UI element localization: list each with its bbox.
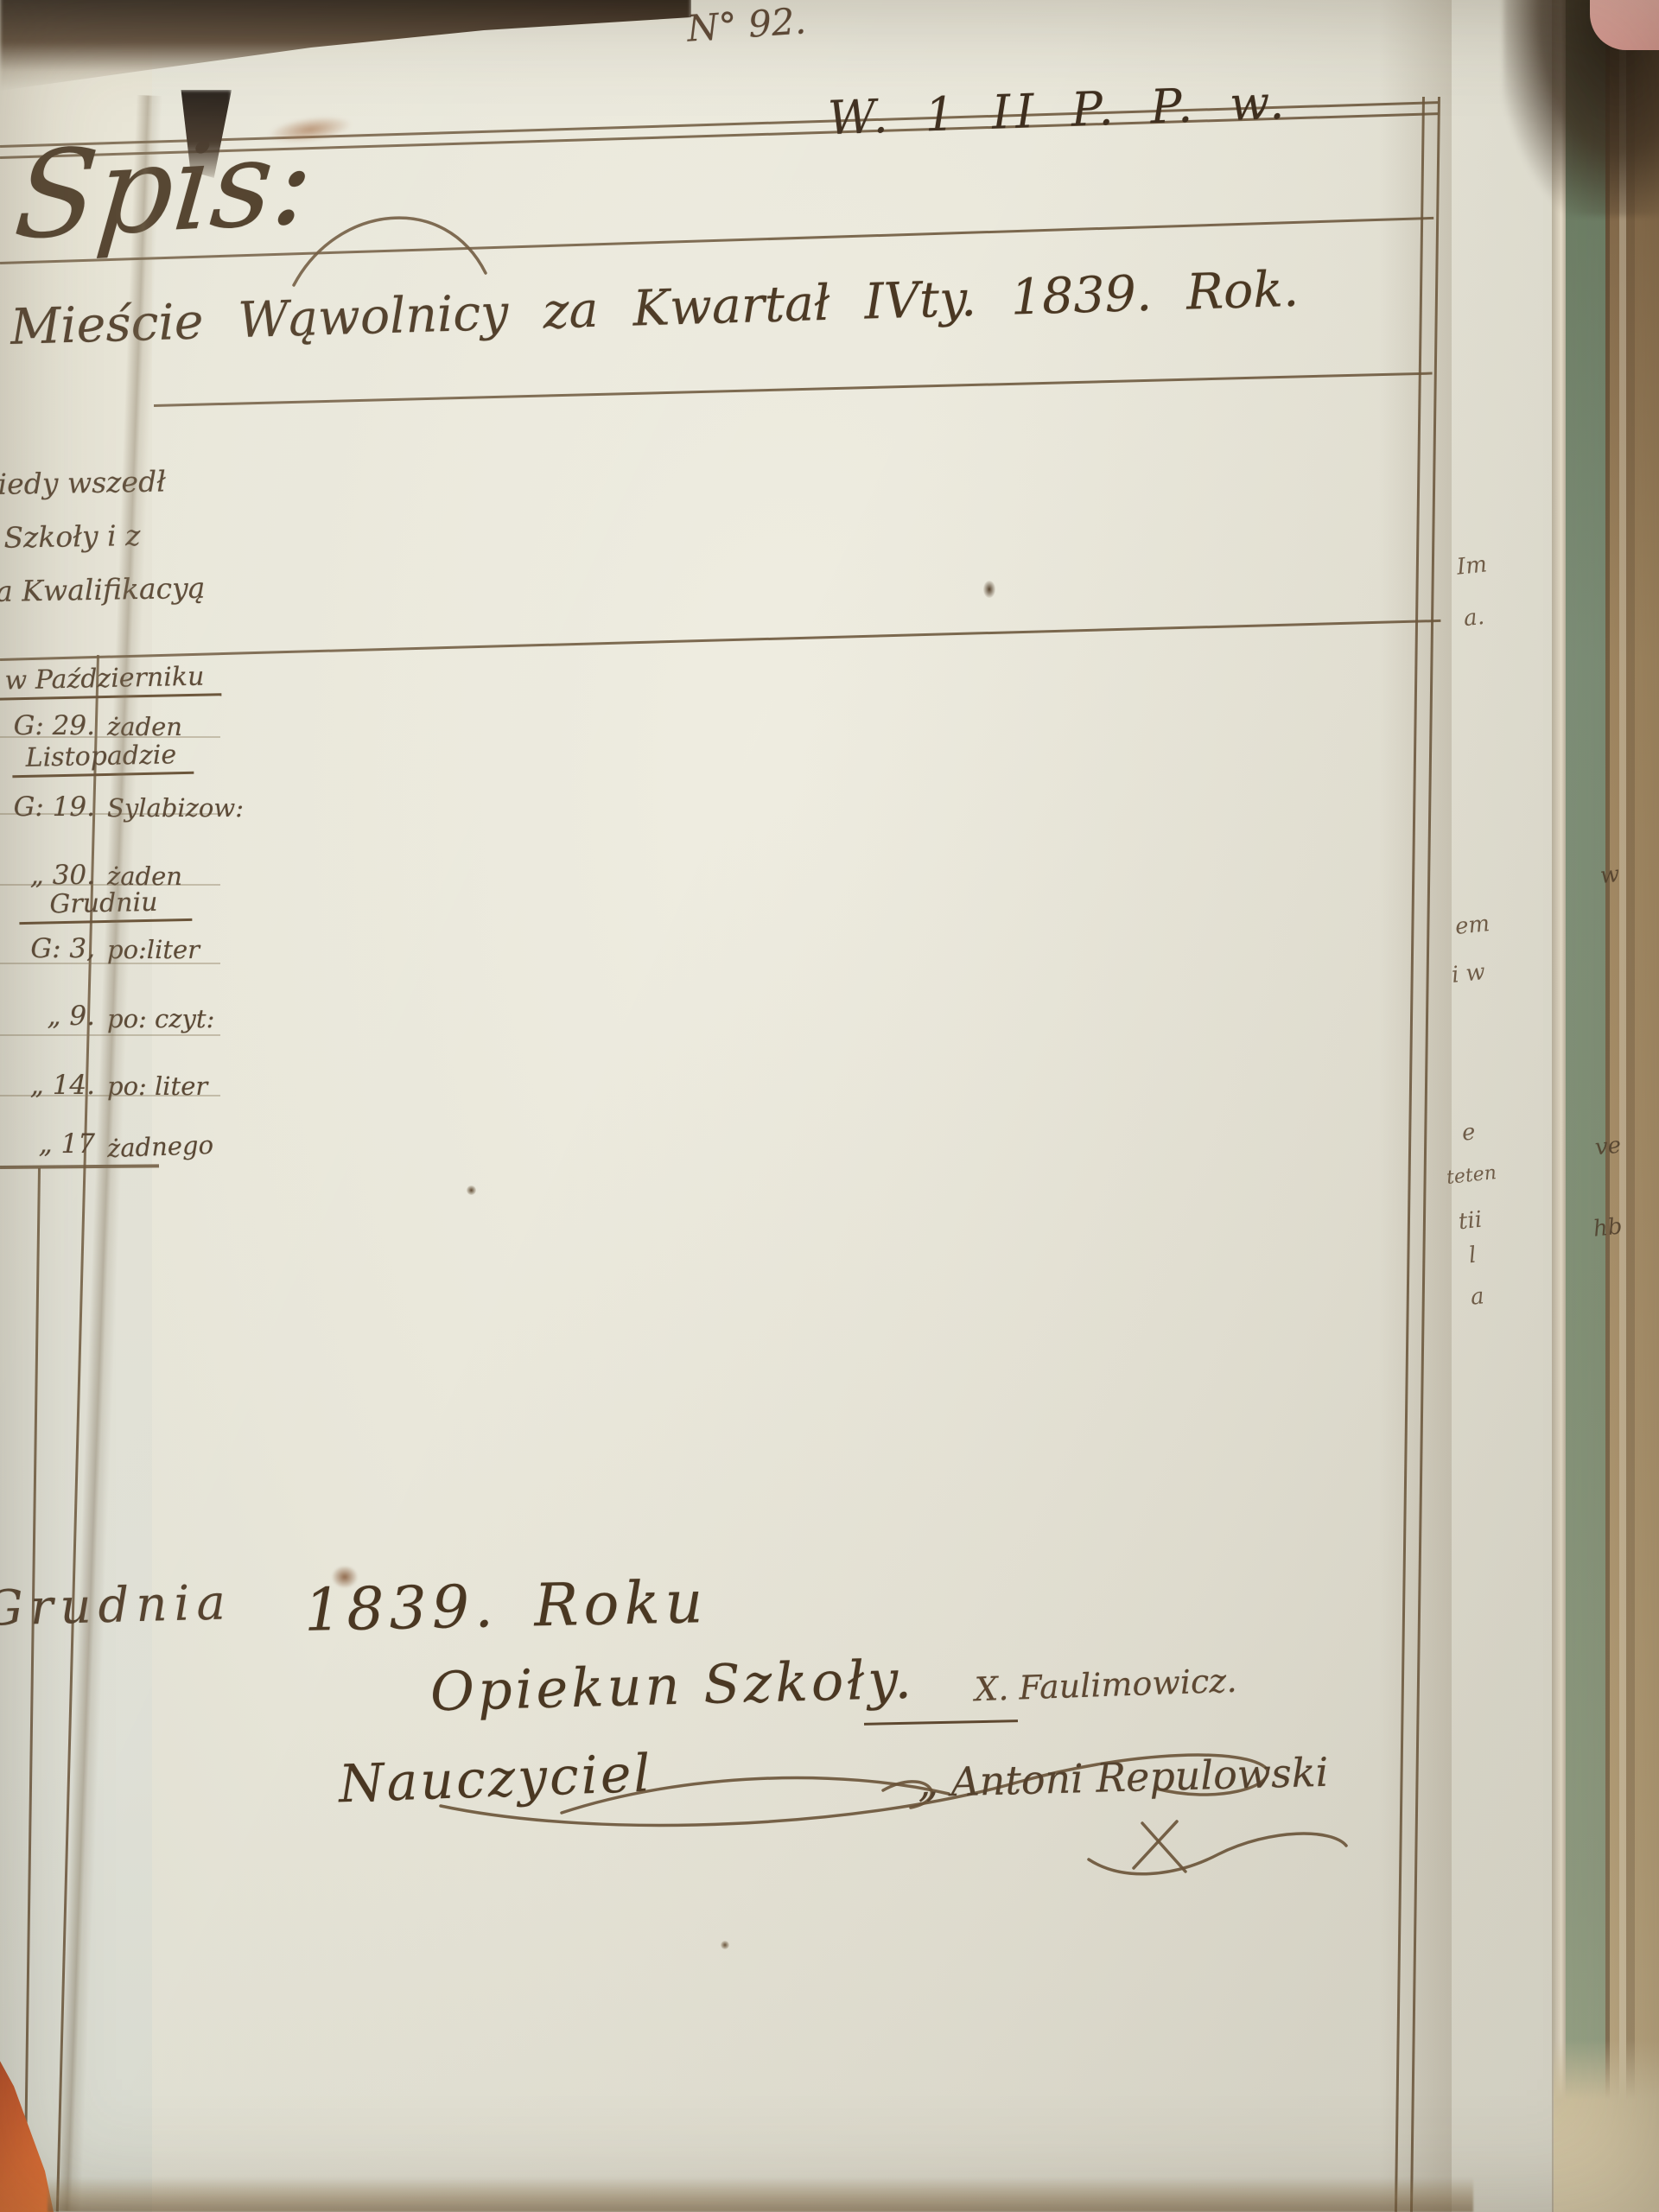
entry-date: „ 9.	[0, 1001, 95, 1032]
entry-date: „ 17	[0, 1128, 95, 1160]
edge-fragment: em	[1454, 911, 1491, 940]
right-margin-shadow	[1379, 0, 1452, 2212]
bottom-right-page-edges	[1554, 2039, 1659, 2212]
left-column-header: Kiedy wszedł o Szkoły i z ka Kwalifikacy…	[0, 454, 206, 620]
year-line: 1839. Roku	[303, 1568, 709, 1645]
entry-date: „ 30.	[0, 860, 95, 891]
entry-date: G: 3,	[0, 933, 95, 964]
header-line-2: o Szkoły i z	[0, 508, 205, 566]
month-header-october: w Październiku	[0, 661, 221, 701]
ink-blot	[332, 1566, 358, 1588]
edge-fragment: e	[1460, 1119, 1476, 1146]
bottom-book-edge	[48, 2177, 1473, 2212]
ink-speck	[983, 581, 995, 598]
edge-fragment: ve	[1594, 1133, 1623, 1161]
teacher-signature-flourish	[1071, 1806, 1357, 1888]
edge-fragment: w	[1599, 861, 1620, 889]
edge-fragment: Im	[1456, 551, 1489, 580]
page-number: N° 92.	[685, 0, 807, 50]
edge-fragment: hb	[1592, 1213, 1624, 1242]
header-line-1: Kiedy wszedł	[0, 454, 204, 512]
month-header-november: Listopadzie	[12, 740, 194, 778]
manuscript-photo: N° 92. W. 1 II P. P. w. Spis: Mieście Wą…	[0, 0, 1659, 2212]
entry-date: G: 29.	[0, 710, 95, 741]
edge-fragment: a.	[1462, 604, 1485, 632]
book-edge-tan-pages	[1605, 0, 1659, 2212]
entry-note: żadnego	[106, 1130, 213, 1163]
entry-date: G: 19.	[0, 791, 95, 823]
title-flourish	[285, 188, 501, 301]
edge-fragment: a	[1469, 1283, 1485, 1310]
book-edge-green-page	[1566, 0, 1605, 2212]
edge-fragment: tii	[1458, 1207, 1484, 1236]
guardian-label: Opiekun Szkoły.	[429, 1648, 916, 1724]
teacher-dash-flourish	[553, 1763, 959, 1832]
header-line-3: ka Kwalifikacyą	[0, 562, 206, 620]
ink-speck	[467, 1185, 476, 1195]
month-word-grudnia: Grudnia	[0, 1574, 233, 1637]
edge-fragment: i w	[1451, 959, 1487, 988]
entry-date: „ 14.	[0, 1070, 95, 1101]
ink-speck	[721, 1941, 729, 1949]
